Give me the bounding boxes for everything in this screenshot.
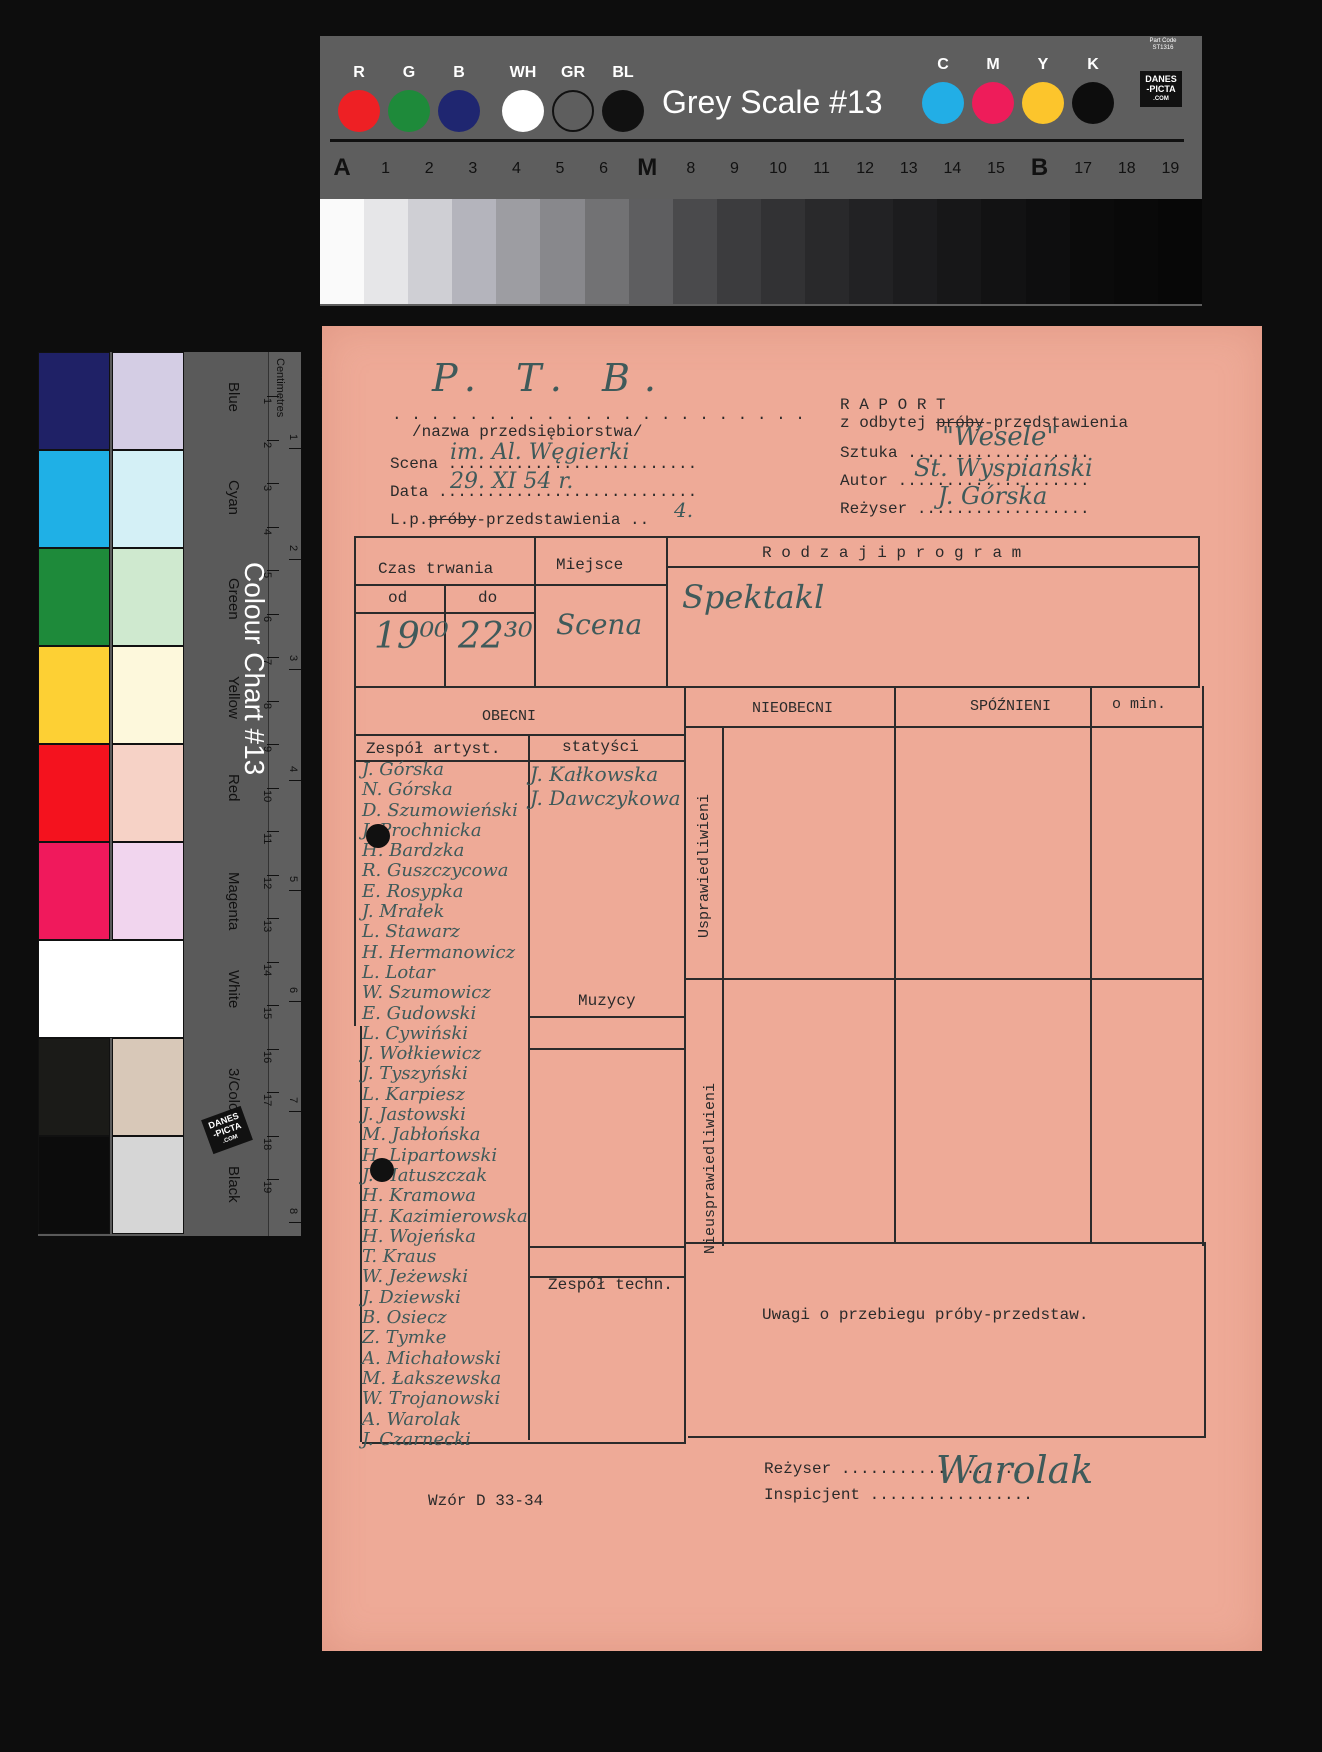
grey-step-label: 12 [845,160,885,178]
uwagi-header: Uwagi o przebiegu próby-przedstaw. [762,1306,1088,1324]
artist-name: J. Górska [362,760,537,780]
data-value: 29. XI 54 r. [450,469,573,494]
color-dot-label-wh: WH [498,64,548,82]
colour-patch-cyan-light [112,450,184,548]
ruler-inch-tick: 1 [287,434,299,440]
ruler-cm-tick: 5 [261,572,273,578]
ruler-cm-tick: 19 [261,1181,273,1193]
rodzaj-header: R o d z a j i p r o g r a m [762,544,1021,562]
grey-step-patch [1026,199,1070,304]
o-min-header: o min. [1112,696,1166,713]
grey-step-patch [761,199,805,304]
artist-name: L. Cywiński [362,1024,537,1044]
colour-patch-magenta-light [112,842,184,940]
grey-step-label: 8 [671,160,711,178]
divider-line [330,139,1184,142]
lp-value: 4. [674,498,693,522]
ruler-cm-tick: 14 [261,964,273,976]
artist-name: E. Rosypka [362,882,537,902]
grey-step-label: 4 [496,160,536,178]
rodzaj-value: Spektakl [682,578,824,616]
grey-step-patch [496,199,540,304]
danes-picta-logo: DANES-PICTA.COM [1140,71,1182,107]
ruler-cm-tick: 15 [261,1007,273,1019]
grey-step-patch [364,199,408,304]
part-code: Part Code ST1316 [1143,38,1183,52]
grey-step-label: 6 [584,160,624,178]
colour-patch-red-light [112,744,184,842]
ruler-inch-tick: 2 [287,545,299,551]
color-dot-y [1022,82,1064,124]
artist-name: J. Dziewski [362,1288,537,1308]
signature: Warolak [936,1448,1093,1492]
grey-step-patch [1070,199,1114,304]
ruler-inch-tick: 3 [287,655,299,661]
grey-step-label: 3 [453,160,493,178]
artist-name: H. Bardzka [362,841,537,861]
grey-step-label: 5 [540,160,580,178]
colour-patch-name: Cyan [225,480,242,515]
artist-name: J. Mrałek [362,902,537,922]
artist-name: H. Wojeńska [362,1227,537,1247]
artist-name: M. Łakszewska [362,1369,537,1389]
colour-chart-card: BlueCyanGreenYellowRedMagentaWhite3/Colo… [38,352,300,1236]
raport-title: R A P O R T [840,396,946,414]
artist-name: T. Kraus [362,1247,537,1267]
punch-hole [366,824,390,848]
colour-patch-name: Black [225,1166,242,1203]
colour-patch-magenta-dark [38,842,110,940]
artist-name: A. Warolak [362,1410,537,1430]
artist-name: L. Stawarz [362,922,537,942]
artist-name: H. Kazimierowska [362,1207,537,1227]
grey-step-labels: A123456M89101112131415B171819 [320,160,1202,192]
danes-picta-logo: DANES-PICTA.COM [201,1106,253,1154]
artist-name: A. Michałowski [362,1349,537,1369]
ruler-cm-tick: 2 [261,442,273,448]
artist-name: H. Kramowa [362,1186,537,1206]
grey-step-patch [452,199,496,304]
ruler-cm-tick: 8 [261,703,273,709]
artist-name: W. Trojanowski [362,1389,537,1409]
company-caption: /nazwa przedsiębiorstwa/ [412,423,642,441]
artist-name: W. Jeżewski [362,1267,537,1287]
ruler-cm-tick: 1 [261,398,273,404]
color-dot-label-bl: BL [598,64,648,82]
ruler-inch-tick: 4 [287,766,299,772]
usprawiedliwieni-label: Usprawiedliwieni [696,794,713,938]
ruler-inch-tick: 5 [287,876,299,882]
grey-step-patch [629,199,673,304]
spoznieni-header: SPÓŹNIENI [970,698,1051,715]
color-dot-label-b: B [434,64,484,82]
statysci-list: J. KałkowskaJ. Dawczykowa [530,762,730,810]
obecni-header: OBECNI [482,708,536,725]
colour-patch-cyan-dark [38,450,110,548]
color-dot-label-r: R [334,64,384,82]
autor-value: St. Wyspiański [914,454,1093,482]
colour-patch-green-light [112,548,184,646]
ruler-inch-tick: 8 [287,1208,299,1214]
grey-step-label: 2 [409,160,449,178]
ruler-inch-tick: 7 [287,1097,299,1103]
ruler-cm-tick: 3 [261,485,273,491]
grey-scale-card: RGBWHGRBLCMYK Grey Scale #13 Part Code S… [320,36,1202,306]
zespol-techn-header: Zespół techn. [548,1276,673,1294]
color-dot-label-g: G [384,64,434,82]
artist-name: E. Gudowski [362,1004,537,1024]
grey-step-patch [1114,199,1158,304]
color-dot-c [922,82,964,124]
ruler-cm-tick: 11 [261,833,273,844]
artist-name: Z. Tymke [362,1328,537,1348]
grey-step-patch [717,199,761,304]
grey-scale-title: Grey Scale #13 [662,84,883,121]
colour-patch-red-dark [38,744,110,842]
report-form: P. T. B. . . . . . . . . . . . . . . . .… [322,326,1262,1651]
colour-patch-name: Red [225,774,242,802]
form-number: Wzór D 33-34 [428,1492,543,1510]
color-dot-gr [552,90,594,132]
artist-name: M. Jabłońska [362,1125,537,1145]
ruler-cm-tick: 18 [261,1138,273,1150]
artist-name: J. Wołkiewicz [362,1044,537,1064]
color-dot-g [388,90,430,132]
zespol-artyst-header: Zespół artyst. [366,740,500,758]
colour-chart-title: Colour Chart #13 [238,562,270,775]
color-dot-wh [502,90,544,132]
statysci-header: statyści [562,738,639,756]
color-dot-label-m: M [968,56,1018,74]
ruler-cm-tick: 12 [261,877,273,889]
ruler: 1234567891011121314151617181912345678 [268,352,301,1236]
sztuka-value: "Wesele" [942,422,1058,452]
extra-name: J. Dawczykowa [530,786,730,810]
color-dot-b [438,90,480,132]
colour-patch-3-color-light [112,1038,184,1136]
czas-trwania-header: Czas trwania [378,560,493,578]
colour-patch-green-dark [38,548,110,646]
muzycy-header: Muzycy [578,992,636,1010]
grey-step-patch [849,199,893,304]
grey-step-patch [585,199,629,304]
artist-name: B. Osiecz [362,1308,537,1328]
artist-name: H. Hermanowicz [362,943,537,963]
grey-step-label: 1 [366,160,406,178]
grey-step-strip [320,199,1202,304]
nieobecni-header: NIEOBECNI [752,700,833,717]
colour-patch-yellow-dark [38,646,110,744]
color-dot-label-y: Y [1018,56,1068,74]
artist-name: N. Górska [362,780,537,800]
ruler-cm-tick: 10 [261,790,273,802]
ruler-cm-tick: 4 [261,529,273,535]
colour-patch-name: White [225,970,242,1008]
grey-step-label: 19 [1150,160,1190,178]
color-dot-bl [602,90,644,132]
ruler-cm-tick: 13 [261,920,273,932]
lp-label: L.p.próby-przedstawienia .. [390,511,649,529]
grey-step-label: A [322,154,362,182]
artist-name: J. Tyszyński [362,1064,537,1084]
grey-step-label: 10 [758,160,798,178]
grey-step-patch [1158,199,1202,304]
od-value: 19⁰⁰ [374,616,449,657]
grey-step-patch [673,199,717,304]
do-header: do [478,589,497,607]
color-dot-m [972,82,1014,124]
artist-name: W. Szumowicz [362,983,537,1003]
grey-step-patch [320,199,364,304]
grey-step-label: 11 [802,160,842,178]
color-dot-k [1072,82,1114,124]
company-dotted-line: . . . . . . . . . . . . . . . . . . . . … [392,406,805,424]
color-dot-label-gr: GR [548,64,598,82]
colour-patch-name: Magenta [225,872,242,930]
colour-patch-blue-light [112,352,184,450]
grey-step-label: 18 [1107,160,1147,178]
artist-name: J. Czarnecki [362,1430,537,1450]
ruler-inch-tick: 6 [287,987,299,993]
colour-patch-3-color-dark [38,1038,110,1136]
grey-step-patch [408,199,452,304]
grey-step-label: M [627,154,667,182]
colour-patch-yellow-light [112,646,184,744]
company-name-handwritten: P. T. B. [432,356,670,400]
punch-hole [370,1158,394,1182]
ruler-cm-label: Centimetres [274,358,286,417]
grey-step-label: 9 [714,160,754,178]
artist-name: L. Karpiesz [362,1085,537,1105]
colour-patch-blue-dark [38,352,110,450]
grey-step-patch [893,199,937,304]
colour-patch-black-light [112,1136,184,1234]
artist-name: J. Jastowski [362,1105,537,1125]
ruler-cm-tick: 17 [261,1094,273,1106]
nieusprawiedliwieni-label: Nieusprawiedliwieni [702,1083,719,1254]
extra-name: J. Kałkowska [530,762,730,786]
rezyser-value: J. Górska [938,482,1047,510]
colour-patch-black-dark [38,1136,110,1234]
grey-step-patch [981,199,1025,304]
colour-patch-white [38,940,184,1038]
grey-step-patch [540,199,584,304]
color-dot-label-k: K [1068,56,1118,74]
grey-step-patch [805,199,849,304]
grey-step-label: B [1020,154,1060,182]
artist-name: R. Guszczycowa [362,861,537,881]
ruler-cm-tick: 6 [261,616,273,622]
grey-step-label: 13 [889,160,929,178]
zespol-artyst-list: J. GórskaN. GórskaD. SzumowieńskiJ. Proc… [362,760,537,1450]
artist-name: L. Lotar [362,963,537,983]
grey-step-patch [937,199,981,304]
ruler-cm-tick: 16 [261,1051,273,1063]
miejsce-header: Miejsce [556,556,623,574]
grey-step-label: 15 [976,160,1016,178]
ruler-cm-tick: 9 [261,746,273,752]
color-dot-r [338,90,380,132]
colour-patch-name: Blue [225,382,242,412]
color-dot-label-c: C [918,56,968,74]
miejsce-value: Scena [556,608,642,641]
grey-step-label: 14 [932,160,972,178]
artist-name: D. Szumowieński [362,801,537,821]
scena-value: im. Al. Węgierki [450,440,629,465]
grey-step-label: 17 [1063,160,1103,178]
ruler-cm-tick: 7 [261,659,273,665]
od-header: od [388,589,407,607]
do-value: 22³⁰ [458,616,533,657]
